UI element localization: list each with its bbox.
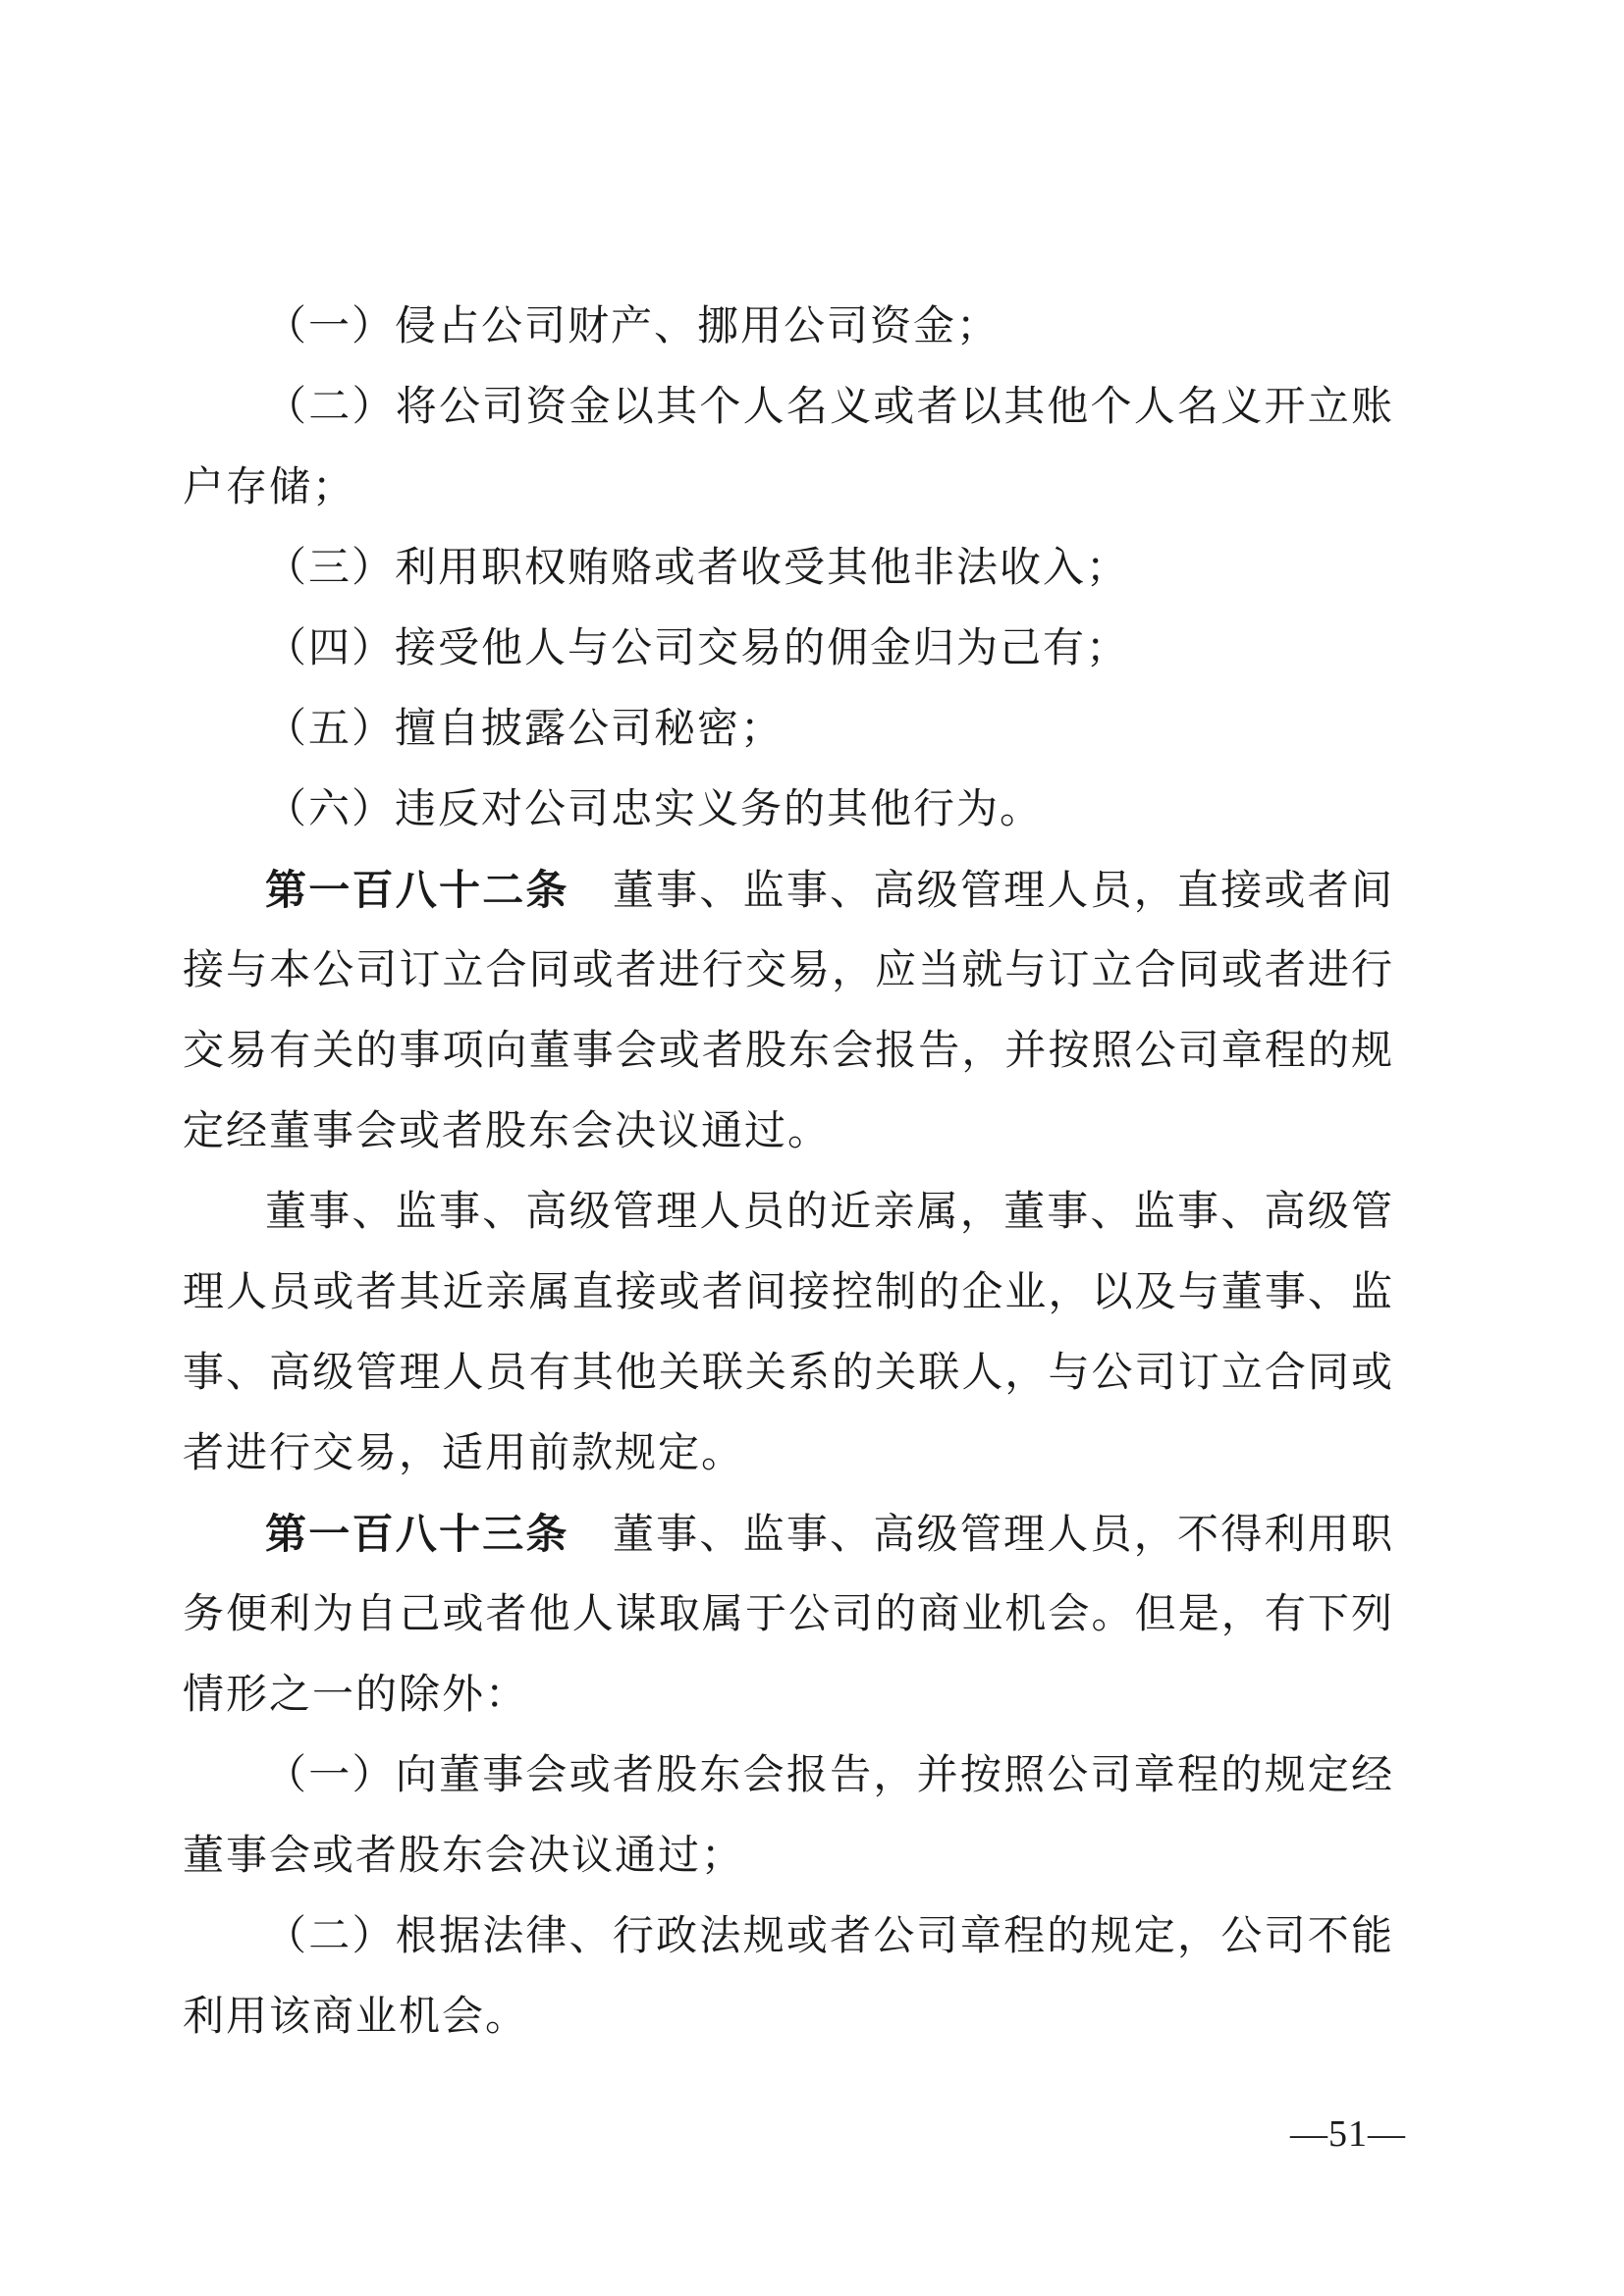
text-line-5: （四）接受他人与公司交易的佣金归为己有；	[183, 609, 1394, 689]
text-segment: 事、高级管理人员有其他关联关系的关联人，与公司订立合同或	[183, 1351, 1394, 1396]
text-segment: 董事、监事、高级管理人员的近亲属，董事、监事、高级管	[265, 1190, 1394, 1235]
text-segment: 理人员或者其近亲属直接或者间接控制的企业，以及与董事、监	[183, 1270, 1394, 1315]
text-segment: 利用该商业机会。	[183, 1995, 528, 2040]
text-segment: 情形之一的除外：	[183, 1673, 528, 1718]
text-line-12: 董事、监事、高级管理人员的近亲属，董事、监事、高级管	[183, 1172, 1394, 1253]
text-segment: （五）擅自披露公司秘密；	[265, 707, 784, 752]
text-segment: （二）根据法律、行政法规或者公司章程的规定，公司不能	[265, 1914, 1394, 1959]
text-line-19: （一）向董事会或者股东会报告，并按照公司章程的规定经	[183, 1735, 1394, 1816]
text-line-20: 董事会或者股东会决议通过；	[183, 1816, 1394, 1896]
text-segment: （二）将公司资金以其个人名义或者以其他个人名义开立账	[265, 385, 1394, 430]
text-segment: （一）向董事会或者股东会报告，并按照公司章程的规定经	[265, 1753, 1394, 1798]
text-line-16: 第一百八十三条 董事、监事、高级管理人员，不得利用职	[183, 1494, 1394, 1575]
article-number-text: 第一百八十二条	[265, 867, 569, 913]
text-segment: 交易有关的事项向董事会或者股东会报告，并按照公司章程的规	[183, 1029, 1394, 1074]
text-segment: （四）接受他人与公司交易的佣金归为己有；	[265, 626, 1129, 671]
text-segment: 接与本公司订立合同或者进行交易，应当就与订立合同或者进行	[183, 948, 1394, 993]
text-line-11: 定经董事会或者股东会决议通过。	[183, 1092, 1394, 1172]
text-segment: （六）违反对公司忠实义务的其他行为。	[265, 787, 1043, 832]
text-segment: 户存储；	[183, 465, 355, 510]
text-line-9: 接与本公司订立合同或者进行交易，应当就与订立合同或者进行	[183, 931, 1394, 1011]
text-line-8: 第一百八十二条 董事、监事、高级管理人员，直接或者间	[183, 850, 1394, 931]
text-segment: 定经董事会或者股东会决议通过。	[183, 1109, 831, 1154]
text-line-15: 者进行交易，适用前款规定。	[183, 1414, 1394, 1494]
text-line-17: 务便利为自己或者他人谋取属于公司的商业机会。但是，有下列	[183, 1575, 1394, 1655]
text-line-21: （二）根据法律、行政法规或者公司章程的规定，公司不能	[183, 1896, 1394, 1977]
text-line-14: 事、高级管理人员有其他关联关系的关联人，与公司订立合同或	[183, 1333, 1394, 1414]
page-number: —51—	[1290, 2112, 1406, 2156]
text-segment: 务便利为自己或者他人谋取属于公司的商业机会。但是，有下列	[183, 1592, 1394, 1637]
text-line-10: 交易有关的事项向董事会或者股东会报告，并按照公司章程的规	[183, 1011, 1394, 1092]
text-line-7: （六）违反对公司忠实义务的其他行为。	[183, 770, 1394, 850]
text-line-13: 理人员或者其近亲属直接或者间接控制的企业，以及与董事、监	[183, 1253, 1394, 1333]
text-segment: （一）侵占公司财产、挪用公司资金；	[265, 304, 1000, 349]
text-line-2: （二）将公司资金以其个人名义或者以其他个人名义开立账	[183, 367, 1394, 448]
document-page: （一）侵占公司财产、挪用公司资金；（二）将公司资金以其个人名义或者以其他个人名义…	[0, 0, 1624, 2296]
text-segment: 董事、监事、高级管理人员，直接或者间	[569, 869, 1394, 914]
text-segment: 者进行交易，适用前款规定。	[183, 1431, 744, 1476]
text-line-18: 情形之一的除外：	[183, 1655, 1394, 1735]
text-segment: 董事、监事、高级管理人员，不得利用职	[569, 1513, 1394, 1558]
article-number-text: 第一百八十三条	[265, 1511, 569, 1557]
text-line-6: （五）擅自披露公司秘密；	[183, 689, 1394, 770]
text-segment: 董事会或者股东会决议通过；	[183, 1834, 744, 1879]
text-line-1: （一）侵占公司财产、挪用公司资金；	[183, 287, 1394, 367]
text-segment: （三）利用职权贿赂或者收受其他非法收入；	[265, 546, 1129, 591]
text-line-4: （三）利用职权贿赂或者收受其他非法收入；	[183, 528, 1394, 609]
text-line-3: 户存储；	[183, 448, 1394, 528]
document-body: （一）侵占公司财产、挪用公司资金；（二）将公司资金以其个人名义或者以其他个人名义…	[183, 287, 1394, 2057]
text-line-22: 利用该商业机会。	[183, 1977, 1394, 2057]
